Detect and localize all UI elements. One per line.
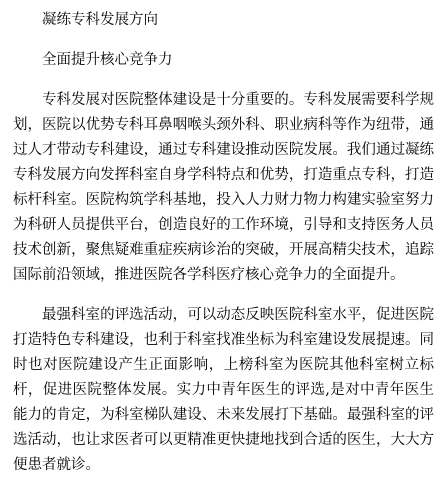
heading-line-2: 全面提升核心竞争力 <box>13 48 434 73</box>
heading-line-1: 凝练专科发展方向 <box>13 8 434 33</box>
document-page: 凝练专科发展方向 全面提升核心竞争力 专科发展对医院整体建设是十分重要的。专科发… <box>0 0 445 486</box>
paragraph-2: 最强科室的评选活动，可以动态反映医院科室水平，促进医院打造特色专科建设，也利于科… <box>13 303 434 478</box>
paragraph-1: 专科发展对医院整体建设是十分重要的。专科发展需要科学规划，医院以优势专科耳鼻咽喉… <box>13 88 434 288</box>
